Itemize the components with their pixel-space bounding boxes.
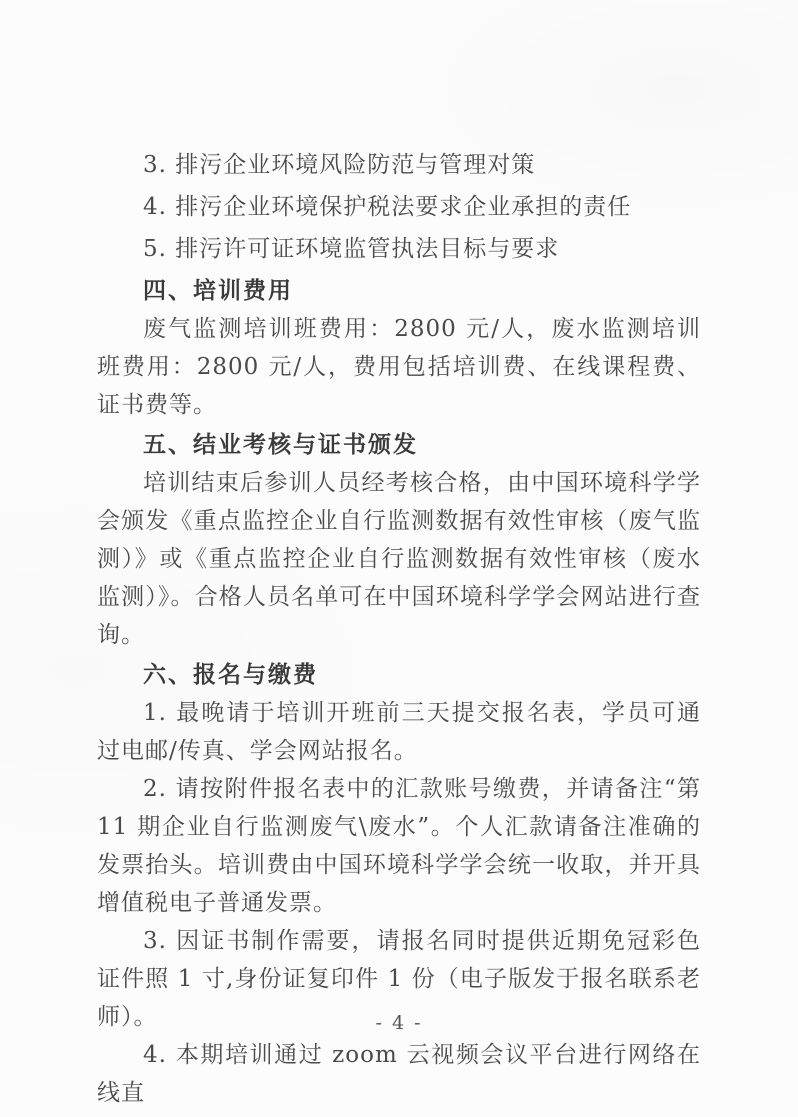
list-item: 5. 排污许可证环境监管执法目标与要求 xyxy=(97,230,701,268)
document-body: 3. 排污企业环境风险防范与管理对策4. 排污企业环境保护税法要求企业承担的责任… xyxy=(97,146,701,1112)
list-item: 3. 排污企业环境风险防范与管理对策 xyxy=(97,146,701,184)
paragraph: 2. 请按附件报名表中的汇款账号缴费，并请备注“第 11 期企业自行监测废气\废… xyxy=(97,770,701,922)
section-heading: 四、培训费用 xyxy=(97,272,701,310)
paragraph: 4. 本期培训通过 zoom 云视频会议平台进行网络在线直 xyxy=(97,1036,701,1112)
section-heading: 五、结业考核与证书颁发 xyxy=(97,426,701,464)
list-item: 4. 排污企业环境保护税法要求企业承担的责任 xyxy=(97,188,701,226)
page-number: - 4 - xyxy=(0,1012,798,1034)
paragraph: 1. 最晚请于培训开班前三天提交报名表，学员可通过电邮/传真、学会网站报名。 xyxy=(97,694,701,770)
document-page: 3. 排污企业环境风险防范与管理对策4. 排污企业环境保护税法要求企业承担的责任… xyxy=(0,0,798,1117)
paragraph: 废气监测培训班费用：2800 元/人，废水监测培训班费用：2800 元/人，费用… xyxy=(97,310,701,424)
section-heading: 六、报名与缴费 xyxy=(97,656,701,694)
paragraph: 培训结束后参训人员经考核合格，由中国环境科学学会颁发《重点监控企业自行监测数据有… xyxy=(97,464,701,654)
